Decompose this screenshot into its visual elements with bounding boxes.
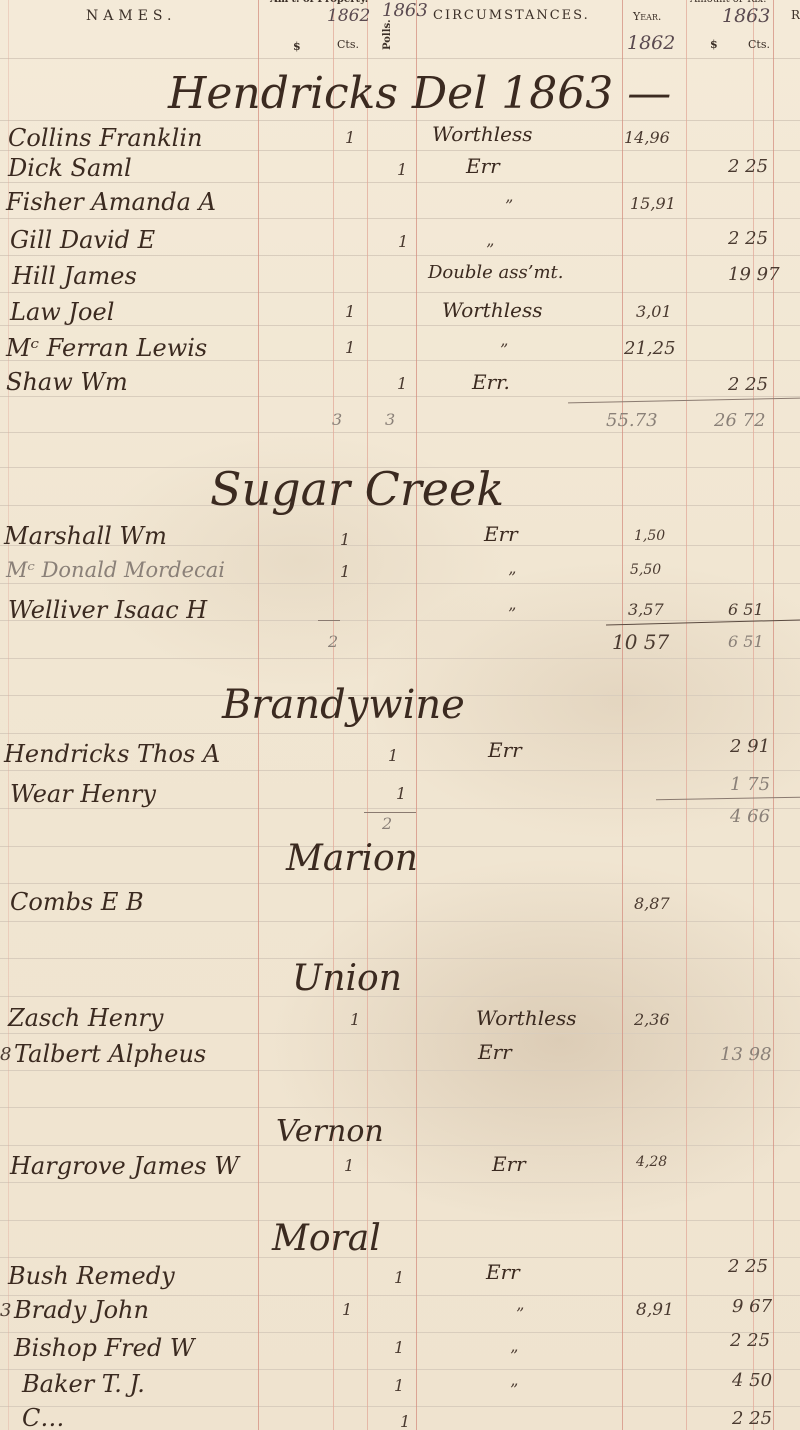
polls-count: 1 (394, 1338, 404, 1357)
taxpayer-name: Collins Franklin (8, 124, 202, 152)
taxpayer-name: Dick Saml (8, 154, 132, 182)
township-heading: Sugar Creek (210, 462, 504, 516)
remarks-column-header-partial: R (791, 8, 800, 22)
polls-count: 1 (400, 1412, 410, 1430)
taxpayer-name: C… (22, 1404, 64, 1430)
circumstance-ditto: ” (516, 1304, 524, 1323)
year-1862-amount: 8,91 (636, 1300, 674, 1320)
property-cents-header: Cts. (337, 38, 359, 51)
tax-1863-amount: 2 25 (728, 374, 768, 395)
total-property: 2 (328, 632, 338, 651)
tax-1863-amount: 2 25 (732, 1408, 772, 1429)
circumstance-ditto: ” (486, 240, 494, 259)
tax-year-1863: 1863 (722, 5, 770, 27)
taxpayer-name: Baker T. J. (22, 1370, 145, 1398)
year-1862-amount: 2,36 (634, 1010, 670, 1029)
tax-cents-header: Cts. (748, 38, 770, 51)
year-1862-amount: 1,50 (634, 528, 665, 544)
tax-1863-amount: 13 98 (720, 1044, 772, 1065)
total-year-1862: 10 57 (612, 630, 669, 654)
names-column-header: NAMES. (86, 8, 176, 24)
year-1862-amount: 4,28 (636, 1154, 667, 1170)
year-value-1862: 1862 (627, 32, 675, 54)
township-heading: Brandywine (222, 682, 465, 728)
margin-number: 3 (0, 1300, 11, 1321)
circumstance: Err. (472, 370, 510, 394)
taxpayer-name: Hendricks Thos A (4, 740, 220, 768)
circumstance: Err (484, 522, 518, 546)
polls-count: 1 (394, 1268, 404, 1287)
property-count: 1 (342, 1300, 352, 1319)
total-tax-1863: 26 72 (714, 410, 766, 431)
total-tax-1863: 4 66 (730, 806, 770, 827)
circumstance-ditto: ” (508, 604, 516, 623)
year-1862-amount: 21,25 (624, 338, 676, 359)
circumstance-ditto: ” (505, 196, 513, 215)
year-1862-amount: 14,96 (624, 128, 670, 147)
tax-1863-amount: 2 25 (728, 1256, 768, 1277)
taxpayer-name: Welliver Isaac H (8, 596, 207, 624)
taxpayer-name: Bishop Fred W (14, 1334, 195, 1362)
township-heading: Union (292, 958, 402, 999)
taxpayer-name: Hill James (12, 262, 137, 290)
tax-1863-amount: 2 91 (730, 736, 770, 757)
polls-count: 1 (388, 746, 398, 765)
property-count: 1 (340, 530, 350, 549)
township-heading: Marion (286, 838, 418, 879)
taxpayer-name: Combs E B (10, 888, 144, 916)
circumstance: Err (492, 1152, 526, 1176)
property-count: 1 (340, 562, 350, 581)
total-polls: 3 (385, 410, 395, 429)
tax-1863-amount: 19 97 (728, 264, 780, 285)
taxpayer-name: Marshall Wm (4, 522, 167, 550)
margin-number: 8 (0, 1044, 11, 1065)
property-year-1862: 1862 (327, 6, 370, 26)
tax-1863-amount: 9 67 (732, 1296, 772, 1317)
township-heading: Hendricks Del 1863 — (168, 68, 671, 119)
property-count: 1 (345, 338, 355, 357)
property-dollars-header: $ (293, 40, 301, 53)
circumstance-ditto: ” (500, 340, 508, 359)
township-heading: Moral (272, 1218, 381, 1259)
circumstances-column-header: CIRCUMSTANCES. (433, 8, 590, 23)
taxpayer-name: Zasch Henry (8, 1004, 163, 1032)
year-1862-amount: 3,57 (628, 600, 664, 619)
circumstance: Err (486, 1260, 520, 1284)
polls-column-header: Polls. (382, 19, 393, 50)
township-heading: Vernon (276, 1114, 384, 1149)
circumstance: Err (478, 1040, 512, 1064)
circumstance-ditto: ” (510, 1346, 518, 1365)
polls-count: 1 (397, 374, 407, 393)
tax-1863-amount: 6 51 (728, 600, 764, 619)
tax-1863-amount: 4 50 (732, 1370, 772, 1391)
tax-1863-amount: 2 25 (728, 228, 768, 249)
taxpayer-name: Bush Remedy (8, 1262, 175, 1290)
taxpayer-name: Brady John (14, 1296, 149, 1324)
taxpayer-name: Gill David E (10, 226, 155, 254)
taxpayer-name: Wear Henry (10, 780, 156, 808)
year-1862-amount: 5,50 (630, 562, 661, 578)
total-property: 3 (332, 410, 342, 429)
taxpayer-name: Fisher Amanda A (6, 188, 216, 216)
property-count: 1 (345, 128, 355, 147)
tax-1863-amount: 2 25 (730, 1330, 770, 1351)
circumstance: Worthless (442, 298, 542, 322)
property-column-header: Am't. of Property. (270, 0, 368, 5)
taxpayer-name: Shaw Wm (6, 368, 128, 396)
total-year-1862: 55.73 (606, 410, 658, 431)
property-count: 1 (345, 302, 355, 321)
taxpayer-name: Hargrove James W (10, 1152, 239, 1180)
year-1862-amount: 3,01 (636, 302, 672, 321)
polls-count: 1 (397, 160, 407, 179)
property-count: 1 (350, 1010, 360, 1029)
property-count: 1 (344, 1156, 354, 1175)
property-year-1863: 1863 (382, 0, 428, 21)
year-1862-amount: 15,91 (630, 194, 676, 213)
circumstance-ditto: ” (508, 568, 516, 587)
taxpayer-name: Mᶜ Donald Mordecai (6, 558, 225, 582)
total-tax-1863: 6 51 (728, 632, 764, 651)
circumstance-ditto: ” (510, 1380, 518, 1399)
tax-1863-amount: 1 75 (730, 774, 770, 795)
year-1862-amount: 8,87 (634, 894, 670, 913)
circumstance: Worthless (476, 1006, 576, 1030)
circumstance: Err (466, 154, 500, 178)
circumstance: Err (488, 738, 522, 762)
taxpayer-name: Law Joel (10, 298, 114, 326)
taxpayer-name: Talbert Alpheus (14, 1040, 206, 1068)
taxpayer-name: Mᶜ Ferran Lewis (6, 334, 207, 362)
circumstance: Worthless (432, 122, 532, 146)
circumstance: Double ass’mt. (428, 262, 563, 283)
total-polls: 2 (382, 814, 392, 833)
polls-count: 1 (398, 232, 408, 251)
polls-count: 1 (394, 1376, 404, 1395)
tax-dollars-header: $ (710, 38, 718, 51)
year-column-header: Year. (633, 10, 661, 23)
tax-1863-amount: 2 25 (728, 156, 768, 177)
polls-count: 1 (396, 784, 406, 803)
